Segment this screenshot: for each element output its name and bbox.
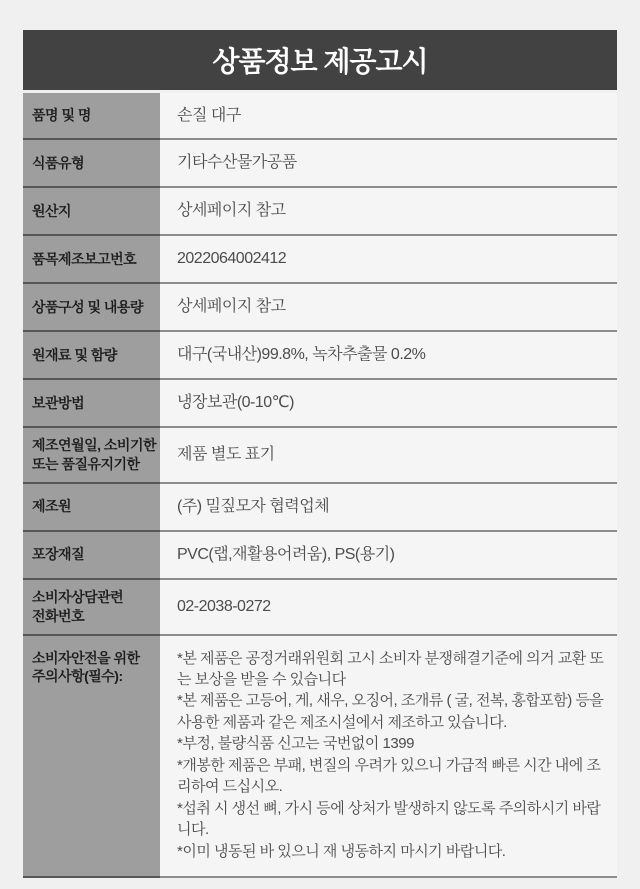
- table-row: 제조원 (주) 밀짚모자 협력업체: [23, 482, 617, 530]
- row-label: 제조원: [23, 482, 160, 530]
- table-body: 품명 및 명 손질 대구 식품유형 기타수산물가공품 원산지 상세페이지 참고 …: [23, 90, 617, 878]
- row-label: 소비자상담관련 전화번호: [23, 578, 160, 634]
- row-label: 포장재질: [23, 530, 160, 578]
- row-label: 원산지: [23, 186, 160, 234]
- row-label: 품목제조보고번호: [23, 234, 160, 282]
- row-value: 대구(국내산)99.8%, 녹차추출물 0.2%: [160, 330, 617, 378]
- page-title: 상품정보 제공고시: [23, 30, 617, 90]
- table-row: 포장재질 PVC(랩,재활용어려움), PS(용기): [23, 530, 617, 578]
- table-row: 제조연월일, 소비기한 또는 품질유지기한 제품 별도 표기: [23, 426, 617, 482]
- row-value: 냉장보관(0-10℃): [160, 378, 617, 426]
- row-value: 손질 대구: [160, 90, 617, 138]
- row-value: 상세페이지 참고: [160, 282, 617, 330]
- row-label: 제조연월일, 소비기한 또는 품질유지기한: [23, 426, 160, 482]
- row-label: 소비자안전을 위한 주의사항(필수):: [23, 634, 160, 878]
- row-value: 2022064002412: [160, 234, 617, 282]
- row-value: 제품 별도 표기: [160, 426, 617, 482]
- table-row: 소비자상담관련 전화번호 02-2038-0272: [23, 578, 617, 634]
- product-info-table: 상품정보 제공고시 품명 및 명 손질 대구 식품유형 기타수산물가공품 원산지…: [23, 30, 617, 878]
- row-label: 식품유형: [23, 138, 160, 186]
- table-row: 소비자안전을 위한 주의사항(필수): *본 제품은 공정거래위원회 고시 소비…: [23, 634, 617, 878]
- row-value: 상세페이지 참고: [160, 186, 617, 234]
- row-label: 상품구성 및 내용량: [23, 282, 160, 330]
- row-value: (주) 밀짚모자 협력업체: [160, 482, 617, 530]
- table-row: 보관방법 냉장보관(0-10℃): [23, 378, 617, 426]
- row-label: 원재료 및 함량: [23, 330, 160, 378]
- table-row: 품명 및 명 손질 대구: [23, 90, 617, 138]
- row-label: 보관방법: [23, 378, 160, 426]
- row-value: PVC(랩,재활용어려움), PS(용기): [160, 530, 617, 578]
- row-value: *본 제품은 공정거래위원회 고시 소비자 분쟁해결기준에 의거 교환 또는 보…: [160, 634, 617, 878]
- row-value: 기타수산물가공품: [160, 138, 617, 186]
- row-label: 품명 및 명: [23, 90, 160, 138]
- table-row: 원산지 상세페이지 참고: [23, 186, 617, 234]
- table-row: 품목제조보고번호 2022064002412: [23, 234, 617, 282]
- table-row: 식품유형 기타수산물가공품: [23, 138, 617, 186]
- table-row: 상품구성 및 내용량 상세페이지 참고: [23, 282, 617, 330]
- row-value: 02-2038-0272: [160, 578, 617, 634]
- table-row: 원재료 및 함량 대구(국내산)99.8%, 녹차추출물 0.2%: [23, 330, 617, 378]
